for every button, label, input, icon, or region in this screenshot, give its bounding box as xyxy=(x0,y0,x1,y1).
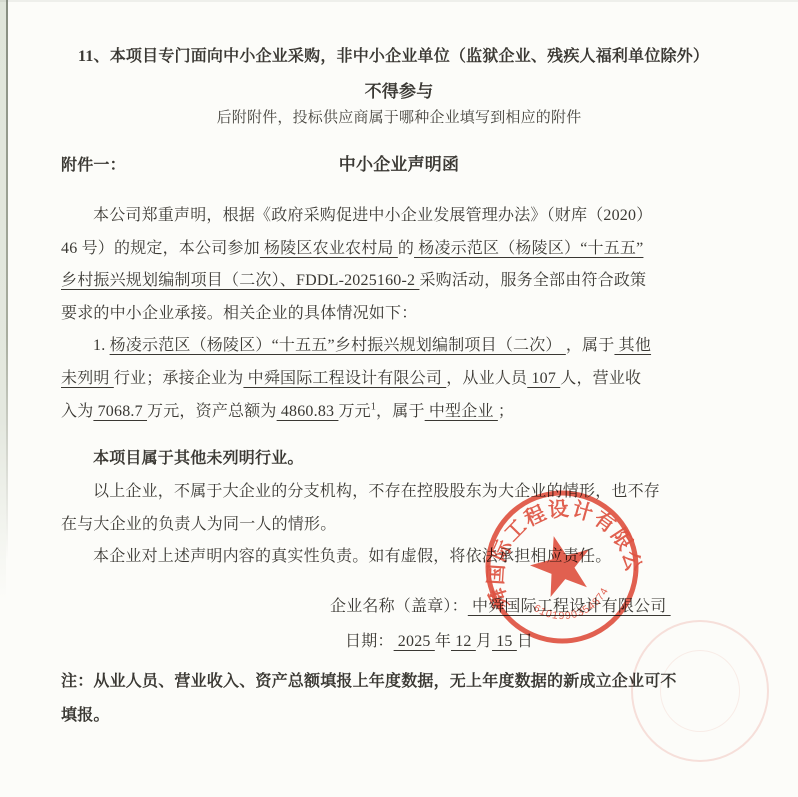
para-line-1: 本公司郑重声明，根据《政府采购促进中小企业发展管理办法》（财库（2020） xyxy=(61,205,758,227)
assets-blank: 4860.83 xyxy=(277,403,339,420)
employee-count-blank: 107 xyxy=(527,370,560,387)
signature-company-blank: 中舜国际工程设计有限公司 xyxy=(468,598,671,615)
project-name-blank: 杨凌示范区（杨陵区）“十五五” xyxy=(414,240,643,257)
undertaking-company-blank: 中舜国际工程设计有限公司 xyxy=(243,370,446,387)
attachment-instruction: 后附附件，投标供应商属于哪种企业填写到相应的附件 xyxy=(0,107,798,129)
para-line-6: 未列明 行业；承接企业为 中舜国际工程设计有限公司 ，从业人员 107 人，营业… xyxy=(61,368,758,390)
para-line-2: 46 号）的规定，本公司参加 杨陵区农业农村局 的 杨凌示范区（杨陵区）“十五五… xyxy=(61,238,758,260)
para-line-3: 乡村振兴规划编制项目（二次）、FDDL-2025160-2 采购活动，服务全部由… xyxy=(61,270,758,292)
text-segment: ； xyxy=(498,403,514,420)
para-line-9: 以上企业，不属于大企业的分支机构，不存在控股股东为大企业的情形，也不存 xyxy=(61,481,758,503)
date-day-blank: 15 xyxy=(492,633,517,650)
no-participation-heading: 不得参与 xyxy=(0,81,798,103)
revenue-blank: 7068.7 xyxy=(93,403,147,420)
year-unit: 年 xyxy=(435,633,451,650)
para-line-5: 1. 杨凌示范区（杨陵区）“十五五”乡村振兴规划编制项目（二次） ，属于 其他 xyxy=(61,335,758,357)
industry-blank-part1: 其他 xyxy=(614,337,651,354)
para-line-10: 在与大企业的负责人为同一人的情形。 xyxy=(61,514,758,536)
scan-top-edge xyxy=(0,0,798,2)
text-segment: 行业；承接企业为 xyxy=(114,370,244,387)
text-segment: 采购活动，服务全部由符合政策 xyxy=(419,272,646,289)
text-segment: ，从业人员 xyxy=(446,370,527,387)
day-unit: 日 xyxy=(517,633,533,650)
text-segment: 万元 xyxy=(338,403,370,420)
text-segment: 人，营业收 xyxy=(560,370,641,387)
text-segment: ，属于 xyxy=(566,337,615,354)
para-line-4: 要求的中小企业承接。相关企业的具体情况如下： xyxy=(61,303,758,325)
scanned-document-page: { "header": { "h1": "11、本项目专门面向中小企业采购，非中… xyxy=(0,0,798,797)
document-title: 中小企业声明函 xyxy=(0,154,798,176)
text-segment: 入为 xyxy=(61,403,93,420)
text-segment: ，属于 xyxy=(376,403,425,420)
signature-line: 企业名称（盖章）： 中舜国际工程设计有限公司 xyxy=(330,596,778,618)
text-segment: 46 号）的规定，本公司参加 xyxy=(61,240,260,257)
date-year-blank: 2025 xyxy=(394,633,435,650)
project-number-blank: 乡村振兴规划编制项目（二次）、FDDL-2025160-2 xyxy=(61,272,419,289)
date-month-blank: 12 xyxy=(451,633,476,650)
enterprise-type-blank: 中型企业 xyxy=(425,403,498,420)
text-segment: 万元，资产总额为 xyxy=(147,403,277,420)
signature-label: 企业名称（盖章）： xyxy=(330,598,468,615)
para-line-11: 本企业对上述声明内容的真实性负责。如有虚假，将依法承担相应责任。 xyxy=(61,546,758,568)
para-line-7: 入为 7068.7 万元，资产总额为 4860.83 万元1，属于 中型企业 ； xyxy=(61,401,758,423)
purchaser-name-blank: 杨陵区农业农村局 xyxy=(260,240,398,257)
clause-heading: 11、本项目专门面向中小企业采购，非中小企业单位（监狱企业、残疾人福利单位除外） xyxy=(78,46,758,68)
month-unit: 月 xyxy=(476,633,492,650)
date-label: 日期： xyxy=(345,633,394,650)
text-segment: 的 xyxy=(398,240,414,257)
industry-statement-bold: 本项目属于其他未列明行业。 xyxy=(61,448,758,470)
list-number: 1. xyxy=(93,337,110,354)
contract-name-blank: 杨凌示范区（杨陵区）“十五五”乡村振兴规划编制项目（二次） xyxy=(110,337,566,354)
faint-seal-impression-inner xyxy=(660,650,740,732)
industry-blank-part2: 未列明 xyxy=(61,370,114,387)
